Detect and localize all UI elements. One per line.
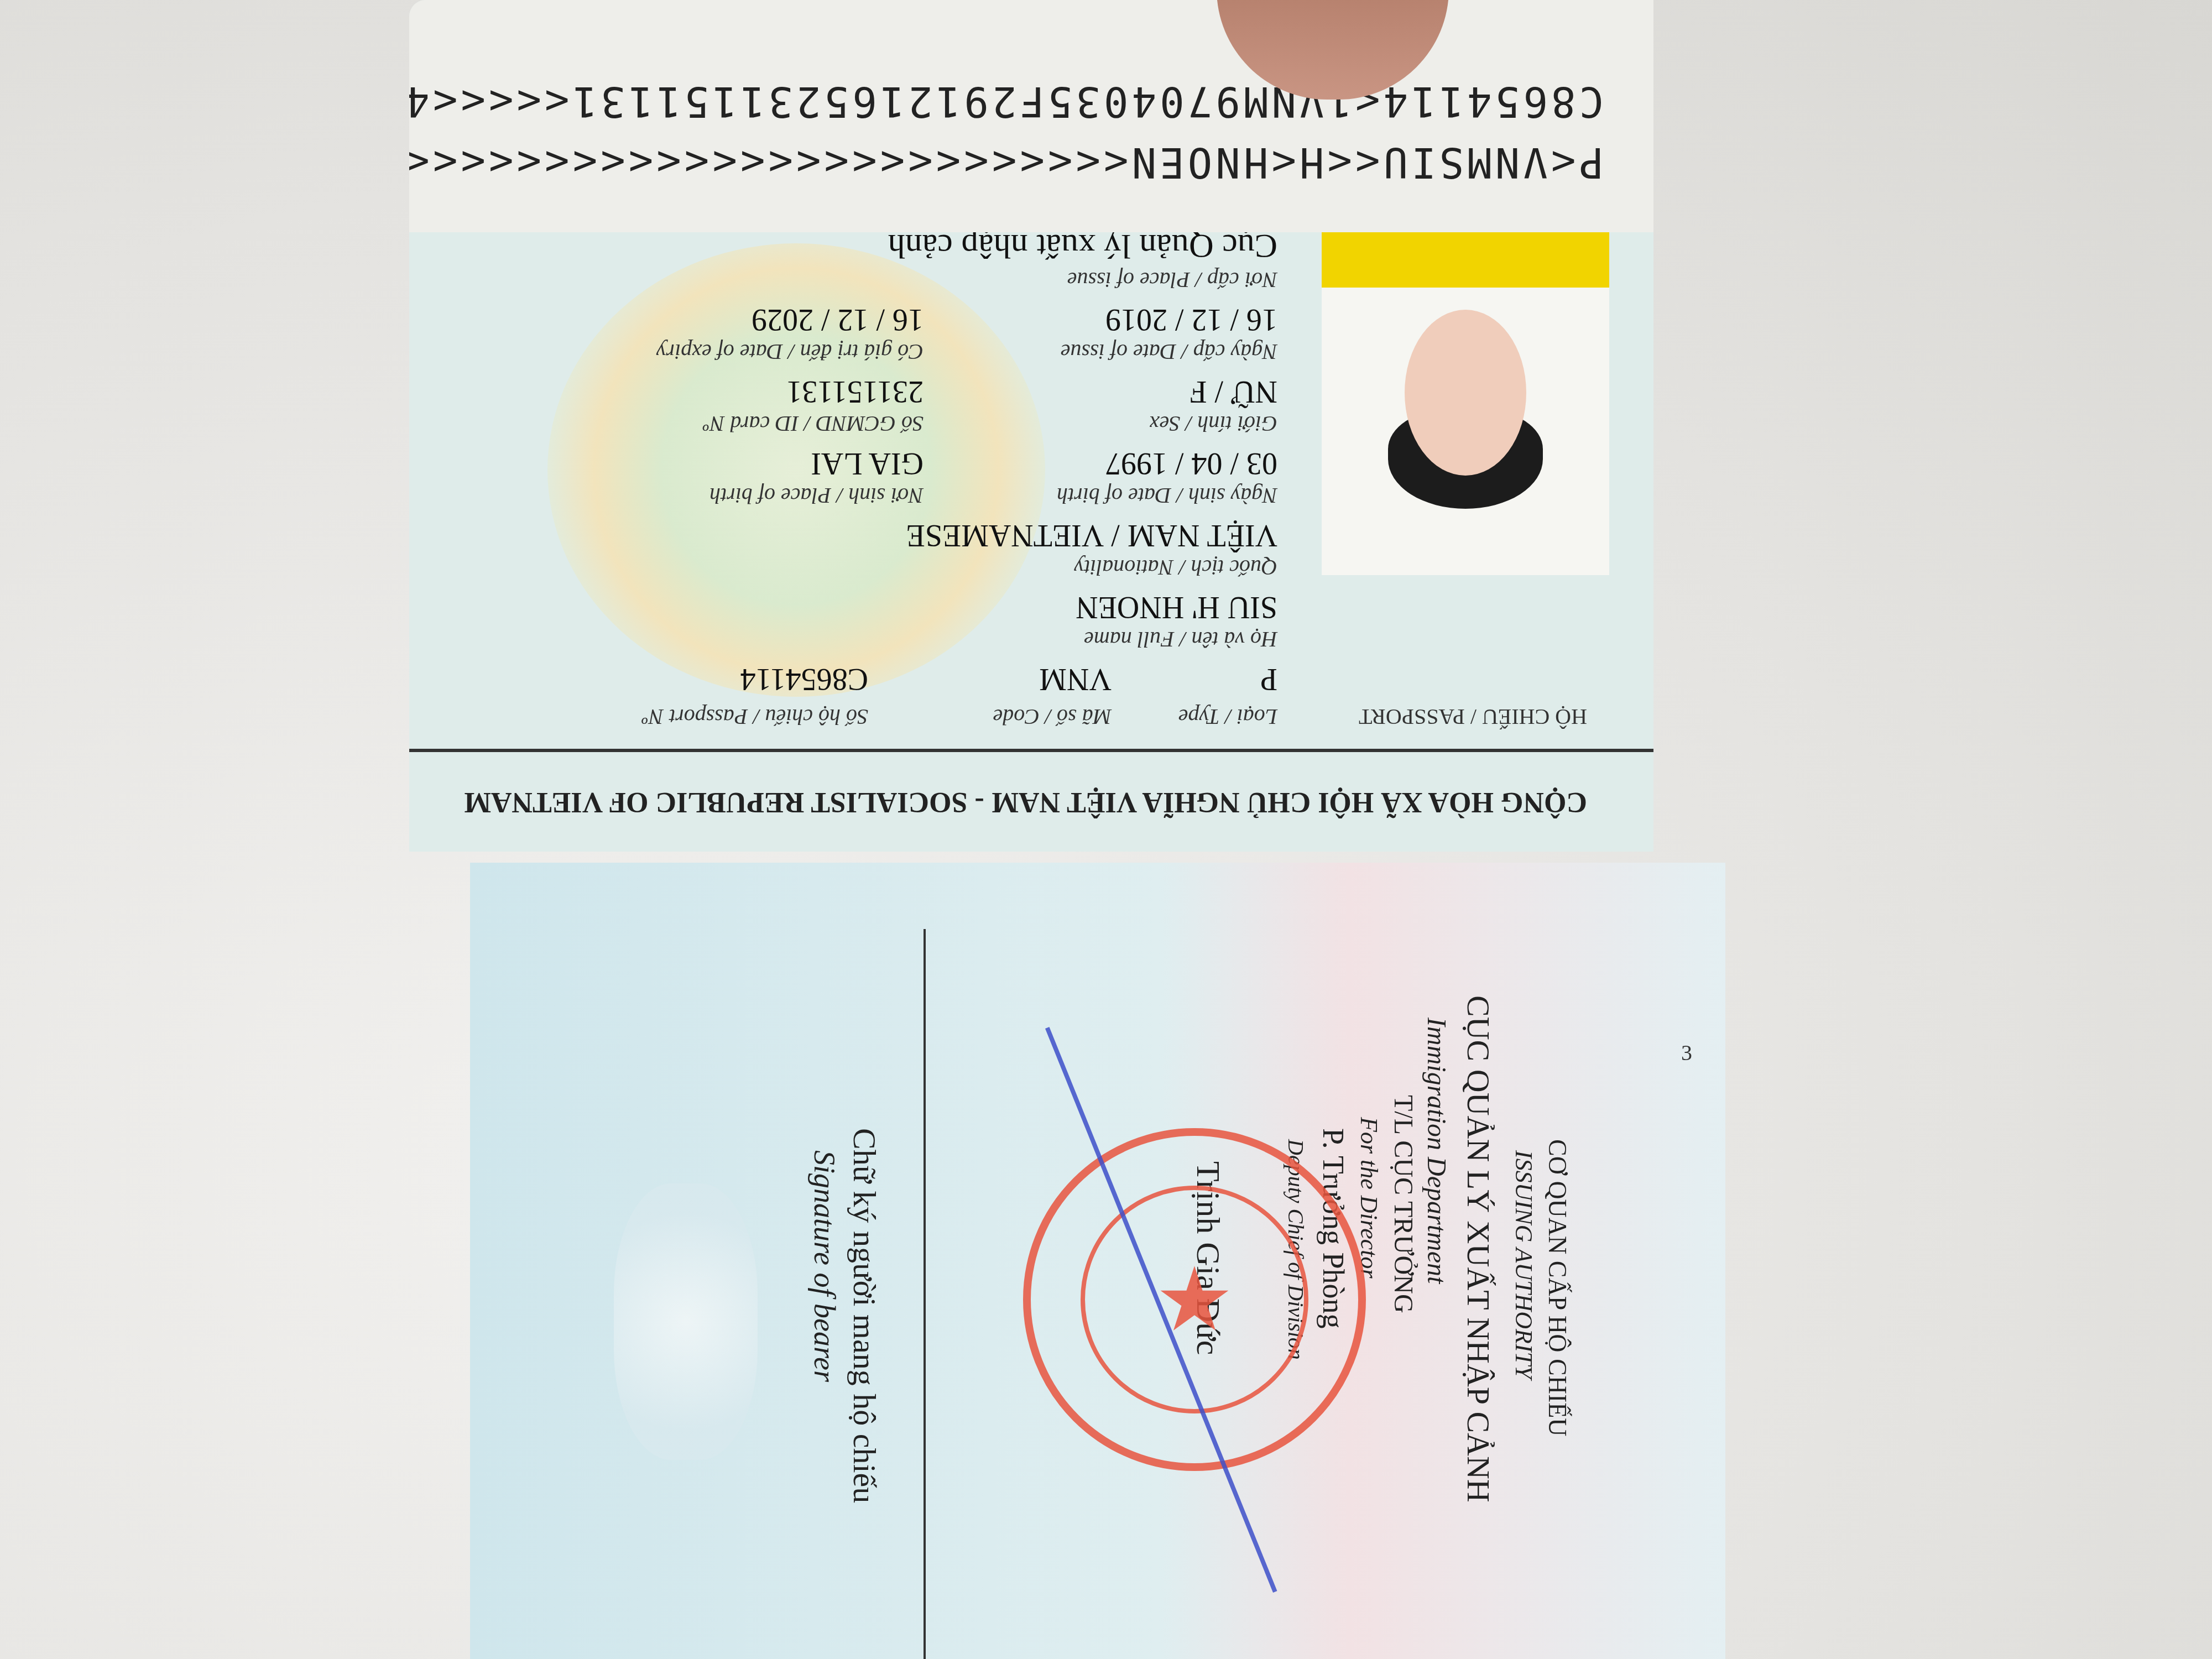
photo-face: [1405, 310, 1526, 476]
nationality-label: Quốc tịch / Nationality: [1074, 555, 1277, 581]
dob-label: Ngày sinh / Date of birth: [1057, 483, 1277, 509]
type-label: Loại / Type: [1178, 704, 1277, 730]
issue-date-label: Ngày cấp / Date of issue: [1061, 339, 1277, 365]
bearer-signature-vn: Chữ ký người mang hộ chiếu: [846, 1128, 883, 1503]
sex-label: Giới tính / Sex: [1150, 411, 1277, 437]
header-divider: [409, 749, 1653, 752]
issue-date-value: 16 / 12 / 2019: [1105, 302, 1277, 337]
mrz-line-1: P<VNMSIU<<H<HNOEN<<<<<<<<<<<<<<<<<<<<<<<…: [409, 138, 1604, 186]
code-label: Mã số / Code: [993, 704, 1112, 730]
type-value: P: [1260, 661, 1277, 697]
bearer-signature-en: Signature of bearer: [807, 1150, 842, 1382]
document-title: HỘ CHIẾU / PASSPORT: [1359, 704, 1587, 730]
dob-value: 03 / 04 / 1997: [1105, 446, 1277, 481]
place-of-issue-label: Nơi cấp / Place of issue: [1067, 267, 1277, 293]
page-number: 3: [1681, 1040, 1692, 1066]
passport-no-label: Số hộ chiếu / Passport Nº: [642, 704, 868, 730]
id-card-label: Số GCMND / ID card Nº: [703, 411, 924, 437]
republic-header: CỘNG HÒA XÃ HỘI CHỦ NGHĨA VIỆT NAM - SOC…: [464, 786, 1587, 818]
passport-booklet: CỘNG HÒA XÃ HỘI CHỦ NGHĨA VIỆT NAM - SOC…: [409, 0, 1725, 1659]
passport-data-page: CỘNG HÒA XÃ HỘI CHỦ NGHĨA VIỆT NAM - SOC…: [409, 0, 1653, 852]
expiry-date-value: 16 / 12 / 2029: [752, 302, 924, 337]
signature-divider: [924, 929, 926, 1659]
full-name-value: SIU H' HNOEN: [1076, 589, 1277, 625]
nationality-value: VIỆT NAM / VIETNAMESE: [906, 518, 1277, 553]
pob-value: GIA LAI: [811, 446, 924, 481]
full-name-label: Họ và tên / Full name: [1084, 627, 1277, 653]
expiry-date-label: Có giá trị đến / Date of expiry: [656, 339, 924, 365]
id-card-value: 231151131: [786, 374, 924, 409]
sex-value: NỮ / F: [1190, 374, 1277, 409]
signature-page: 3 CƠ QUAN CẤP HỘ CHIẾU ISSUING AUTHORITY…: [470, 863, 1725, 1659]
pob-label: Nơi sinh / Place of birth: [709, 483, 924, 509]
officer-signature: [1045, 882, 1636, 1593]
lotus-ornament: [614, 1183, 758, 1460]
mrz-zone: P<VNMSIU<<H<HNOEN<<<<<<<<<<<<<<<<<<<<<<<…: [409, 0, 1653, 232]
passport-no-value: C8654114: [740, 661, 868, 697]
code-value: VNM: [1039, 661, 1112, 697]
mrz-line-2: C8654114<1VNM9704035F2912165231151131<<<…: [409, 77, 1604, 125]
